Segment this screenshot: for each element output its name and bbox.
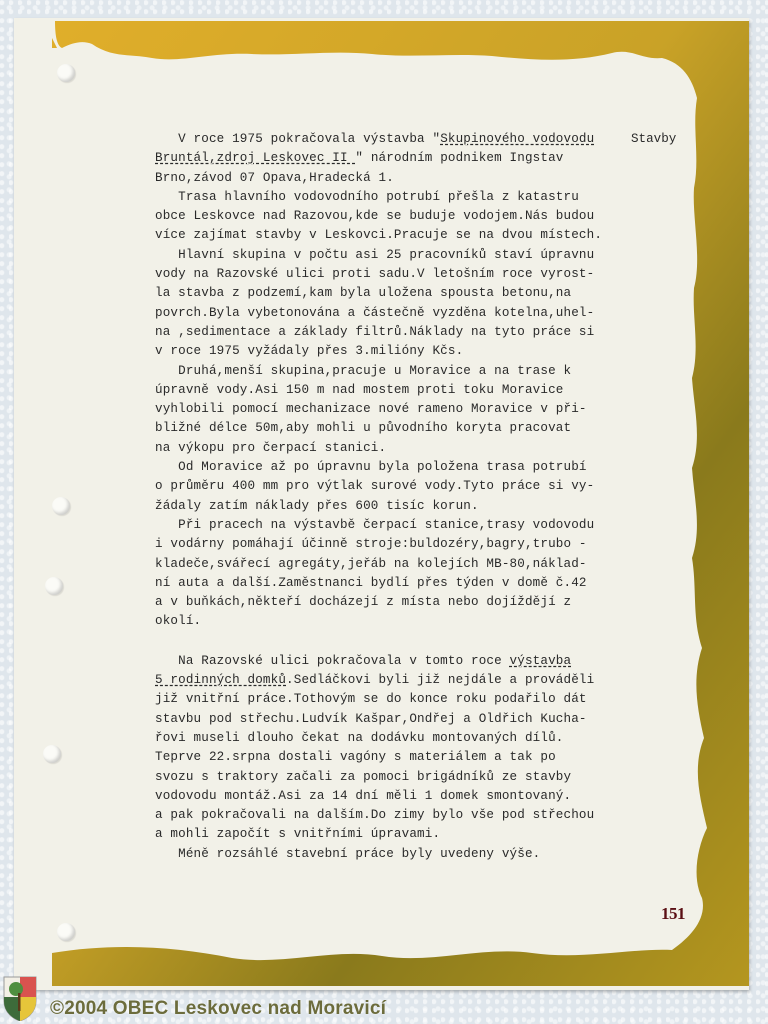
- text-run: a pak pokračovali na dalším.Do zimy bylo…: [155, 808, 594, 822]
- text-line: úpravně vody.Asi 150 m nad mostem proti …: [155, 381, 625, 400]
- text-line: Hlavní skupina v počtu asi 25 pracovníků…: [155, 246, 625, 265]
- paragraph-gap: [155, 632, 625, 652]
- punch-hole-icon: [57, 64, 75, 82]
- text-run: .Sedláčkovi byli již nejdále a prováděli: [286, 673, 594, 687]
- text-run: na výkopu pro čerpací stanici.: [155, 441, 386, 455]
- text-run: Při pracech na výstavbě čerpací stanice,…: [155, 518, 594, 532]
- text-line: již vnitřní práce.Tothovým se do konce r…: [155, 690, 625, 709]
- text-run: na ,sedimentace a základy filtrů.Náklady…: [155, 325, 594, 339]
- typewritten-text: V roce 1975 pokračovala výstavba "Skupin…: [155, 130, 625, 864]
- text-line: vyhlobili pomocí mechanizace nové rameno…: [155, 400, 625, 419]
- text-run: řovi museli dlouho čekat na dodávku mont…: [155, 731, 564, 745]
- text-line: v roce 1975 vyžádaly přes 3.milióny Kčs.: [155, 342, 625, 361]
- text-run: Méně rozsáhlé stavební práce byly uveden…: [155, 847, 540, 861]
- text-run: a v buňkách,někteří docházejí z místa ne…: [155, 595, 571, 609]
- text-line: Od Moravice až po úpravnu byla položena …: [155, 458, 625, 477]
- text-run: kladeče,svářecí agregáty,jeřáb na kolejí…: [155, 557, 587, 571]
- coat-of-arms-icon: [2, 975, 38, 1021]
- punch-hole-icon: [43, 745, 61, 763]
- text-run: Na Razovské ulici pokračovala v tomto ro…: [155, 654, 510, 668]
- text-line: Druhá,menší skupina,pracuje u Moravice a…: [155, 362, 625, 381]
- text-line: obce Leskovce nad Razovou,kde se buduje …: [155, 207, 625, 226]
- text-run: úpravně vody.Asi 150 m nad mostem proti …: [155, 383, 564, 397]
- page-number: 151: [661, 904, 685, 924]
- text-line: okolí.: [155, 612, 625, 631]
- punch-hole-icon: [45, 577, 63, 595]
- text-line: svozu s traktory začali za pomoci brigád…: [155, 768, 625, 787]
- text-run: žádaly zatím náklady přes 600 tisíc koru…: [155, 499, 479, 513]
- underlined-text: Bruntál,zdroj Leskovec II: [155, 151, 355, 165]
- text-line: o průměru 400 mm pro výtlak surové vody.…: [155, 477, 625, 496]
- text-line: více zajímat stavby v Leskovci.Pracuje s…: [155, 226, 625, 245]
- text-line: Brno,závod 07 Opava,Hradecká 1.: [155, 169, 625, 188]
- text-run: la stavba z podzemí,kam byla uložena spo…: [155, 286, 571, 300]
- text-line: Méně rozsáhlé stavební práce byly uveden…: [155, 845, 625, 864]
- text-line: povrch.Byla vybetonována a částečně vyzd…: [155, 304, 625, 323]
- text-line: na ,sedimentace a základy filtrů.Náklady…: [155, 323, 625, 342]
- text-line: a v buňkách,někteří docházejí z místa ne…: [155, 593, 625, 612]
- underlined-text: Skupinového vodovodu: [440, 132, 594, 146]
- text-run: Hlavní skupina v počtu asi 25 pracovníků…: [155, 248, 594, 262]
- text-line: žádaly zatím náklady přes 600 tisíc koru…: [155, 497, 625, 516]
- text-line: Na Razovské ulici pokračovala v tomto ro…: [155, 652, 625, 671]
- punch-hole-icon: [52, 497, 70, 515]
- text-run: o průměru 400 mm pro výtlak surové vody.…: [155, 479, 594, 493]
- text-run: Druhá,menší skupina,pracuje u Moravice a…: [155, 364, 571, 378]
- text-run: vodovodu montáž.Asi za 14 dní měli 1 dom…: [155, 789, 571, 803]
- text-line: a pak pokračovali na dalším.Do zimy bylo…: [155, 806, 625, 825]
- text-run: povrch.Byla vybetonována a částečně vyzd…: [155, 306, 594, 320]
- text-line: řovi museli dlouho čekat na dodávku mont…: [155, 729, 625, 748]
- text-line: ní auta a další.Zaměstnanci bydlí přes t…: [155, 574, 625, 593]
- text-run: bližné délce 50m,aby mohli u původního k…: [155, 421, 571, 435]
- text-line: bližné délce 50m,aby mohli u původního k…: [155, 419, 625, 438]
- text-run: ní auta a další.Zaměstnanci bydlí přes t…: [155, 576, 587, 590]
- text-run: okolí.: [155, 614, 201, 628]
- underlined-text: 5 rodinných domků: [155, 673, 286, 687]
- text-line: Při pracech na výstavbě čerpací stanice,…: [155, 516, 625, 535]
- text-line: stavbu pod střechu.Ludvík Kašpar,Ondřej …: [155, 710, 625, 729]
- text-line: kladeče,svářecí agregáty,jeřáb na kolejí…: [155, 555, 625, 574]
- underlined-text: výstavba: [510, 654, 572, 668]
- margin-note: Stavby: [631, 130, 676, 149]
- punch-hole-icon: [57, 923, 75, 941]
- text-run: v roce 1975 vyžádaly přes 3.milióny Kčs.: [155, 344, 463, 358]
- copyright-footer: ©2004 OBEC Leskovec nad Moravicí: [50, 998, 386, 1020]
- text-run: stavbu pod střechu.Ludvík Kašpar,Ondřej …: [155, 712, 587, 726]
- text-run: Trasa hlavního vodovodního potrubí přešl…: [155, 190, 579, 204]
- text-line: vodovodu montáž.Asi za 14 dní měli 1 dom…: [155, 787, 625, 806]
- text-line: na výkopu pro čerpací stanici.: [155, 439, 625, 458]
- text-line: la stavba z podzemí,kam byla uložena spo…: [155, 284, 625, 303]
- text-line: Bruntál,zdroj Leskovec II " národním pod…: [155, 149, 625, 168]
- text-run: i vodárny pomáhají účinně stroje:buldozé…: [155, 537, 587, 551]
- text-line: i vodárny pomáhají účinně stroje:buldozé…: [155, 535, 625, 554]
- text-line: Trasa hlavního vodovodního potrubí přešl…: [155, 188, 625, 207]
- text-run: již vnitřní práce.Tothovým se do konce r…: [155, 692, 587, 706]
- text-line: V roce 1975 pokračovala výstavba "Skupin…: [155, 130, 625, 149]
- text-run: a mohli započít s vnitřními úpravami.: [155, 827, 440, 841]
- text-run: " národním podnikem Ingstav: [355, 151, 563, 165]
- text-run: Teprve 22.srpna dostali vagóny s materiá…: [155, 750, 556, 764]
- text-run: vyhlobili pomocí mechanizace nové rameno…: [155, 402, 587, 416]
- text-run: Brno,závod 07 Opava,Hradecká 1.: [155, 171, 394, 185]
- text-run: Od Moravice až po úpravnu byla položena …: [155, 460, 587, 474]
- text-run: vody na Razovské ulici proti sadu.V leto…: [155, 267, 594, 281]
- text-line: a mohli započít s vnitřními úpravami.: [155, 825, 625, 844]
- text-run: V roce 1975 pokračovala výstavba ": [155, 132, 440, 146]
- text-line: 5 rodinných domků.Sedláčkovi byli již ne…: [155, 671, 625, 690]
- text-line: Teprve 22.srpna dostali vagóny s materiá…: [155, 748, 625, 767]
- text-run: obce Leskovce nad Razovou,kde se buduje …: [155, 209, 594, 223]
- text-run: více zajímat stavby v Leskovci.Pracuje s…: [155, 228, 602, 242]
- text-run: svozu s traktory začali za pomoci brigád…: [155, 770, 571, 784]
- text-line: vody na Razovské ulici proti sadu.V leto…: [155, 265, 625, 284]
